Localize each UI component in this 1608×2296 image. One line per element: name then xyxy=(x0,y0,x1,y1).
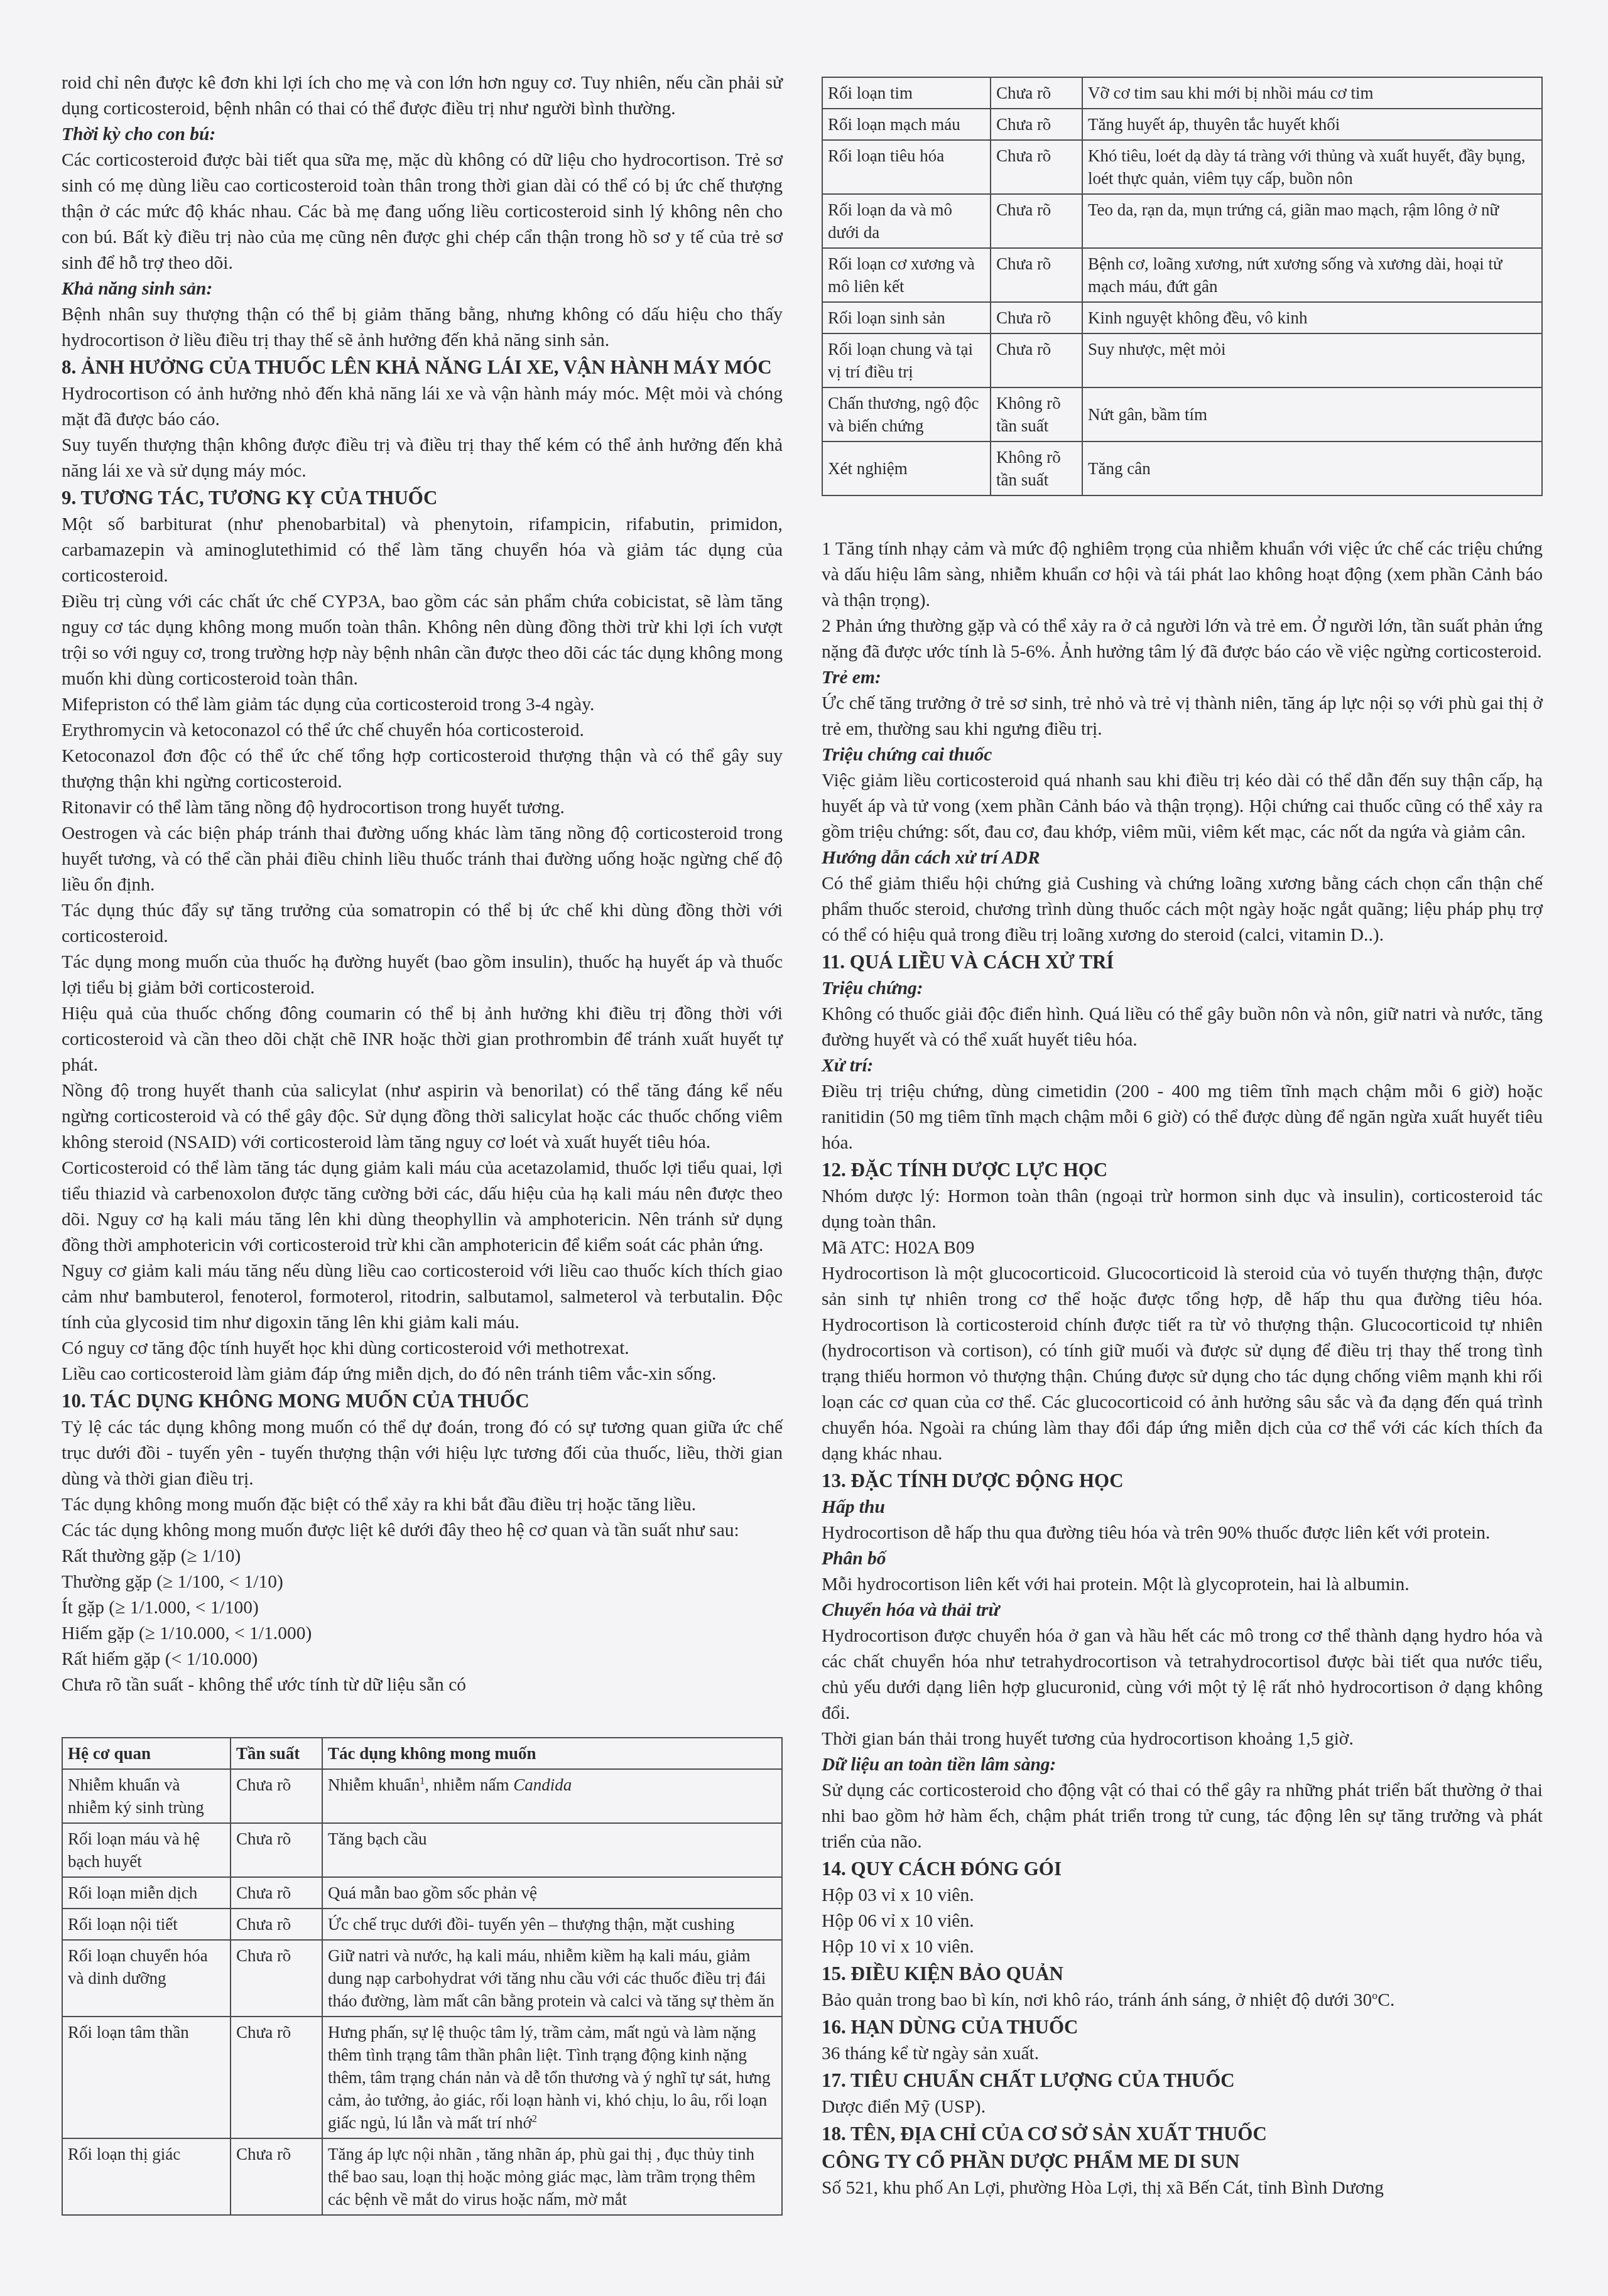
header-organ: Hệ cơ quan xyxy=(62,1738,231,1769)
section-17-title: 17. TIÊU CHUẨN CHẤT LƯỢNG CỦA THUỐC xyxy=(822,2067,1543,2094)
atc-code: Mã ATC: H02A B09 xyxy=(822,1235,1543,1261)
organ-system-cell: Nhiễm khuẩn và nhiễm ký sinh trùng xyxy=(62,1769,231,1823)
organ-system-cell: Rối loạn da và mô dưới da xyxy=(822,194,991,248)
effect-cell: Nứt gân, bầm tím xyxy=(1082,387,1542,441)
organ-system-cell: Rối loạn thị giác xyxy=(62,2138,231,2215)
section-9-body: Một số barbiturat (như phenobarbital) và… xyxy=(62,512,783,1387)
package-item: Hộp 06 vỉ x 10 viên. xyxy=(822,1909,1543,1934)
table-row: Rối loạn tâm thầnChưa rõHưng phấn, sự lệ… xyxy=(62,2017,782,2138)
table-header-row: Hệ cơ quan Tần suất Tác dụng không mong … xyxy=(62,1738,782,1769)
frequency-cell: Chưa rõ xyxy=(991,194,1082,248)
table-row: Rối loạn chung và tại vị trí điều trịChư… xyxy=(822,333,1542,387)
manufacturer-address: Số 521, khu phố An Lợi, phường Hòa Lợi, … xyxy=(822,2175,1543,2201)
section-9-title: 9. TƯƠNG TÁC, TƯƠNG KỴ CỦA THUỐC xyxy=(62,484,783,512)
section-13-title: 13. ĐẶC TÍNH DƯỢC ĐỘNG HỌC xyxy=(822,1467,1543,1495)
distribution-text: Mỗi hydrocortison liên kết với hai prote… xyxy=(822,1572,1543,1598)
effect-cell: Ức chế trục dưới đồi- tuyến yên – thượng… xyxy=(322,1909,782,1940)
frequency-cell: Chưa rõ xyxy=(991,140,1082,194)
interaction-paragraph: Có nguy cơ tăng độc tính huyết học khi d… xyxy=(62,1336,783,1362)
frequency-cell: Chưa rõ xyxy=(991,302,1082,333)
breastfeeding-text: Các corticosteroid được bài tiết qua sữa… xyxy=(62,148,783,276)
frequency-item: Rất hiếm gặp (< 1/10.000) xyxy=(62,1647,783,1672)
table-row: Rối loạn miễn dịchChưa rõQuá mẫn bao gồm… xyxy=(62,1877,782,1909)
frequency-list: Rất thường gặp (≥ 1/10)Thường gặp (≥ 1/1… xyxy=(62,1544,783,1698)
effect-cell: Kinh nguyệt không đều, vô kinh xyxy=(1082,302,1542,333)
withdrawal-text: Việc giảm liều corticosteroid quá nhanh … xyxy=(822,768,1543,845)
frequency-cell: Chưa rõ xyxy=(991,77,1082,109)
quality-standard-text: Dược điển Mỹ (USP). xyxy=(822,2094,1543,2120)
organ-system-cell: Rối loạn tiêu hóa xyxy=(822,140,991,194)
frequency-item: Thường gặp (≥ 1/100, < 1/10) xyxy=(62,1569,783,1595)
children-title: Trẻ em: xyxy=(822,665,1543,691)
table-row: Rối loạn máu và hệ bạch huyếtChưa rõTăng… xyxy=(62,1823,782,1877)
section-18-title: 18. TÊN, ĐỊA CHỈ CỦA CƠ SỞ SẢN XUẤT THUỐ… xyxy=(822,2120,1543,2148)
overdose-treatment-title: Xử trí: xyxy=(822,1053,1543,1079)
header-frequency: Tần suất xyxy=(231,1738,322,1769)
children-text: Ức chế tăng trưởng ở trẻ sơ sinh, trẻ nh… xyxy=(822,691,1543,742)
footnote-1: 1 Tăng tính nhạy cảm và mức độ nghiêm tr… xyxy=(822,536,1543,614)
overdose-symptoms-title: Triệu chứng: xyxy=(822,976,1543,1002)
metabolism-text: Hydrocortison được chuyển hóa ở gan và h… xyxy=(822,1623,1543,1726)
frequency-cell: Chưa rõ xyxy=(231,1940,322,2017)
pharmacodynamics-text: Hydrocortison là một glucocorticoid. Glu… xyxy=(822,1261,1543,1467)
effect-cell: Tăng áp lực nội nhãn , tăng nhãn áp, phù… xyxy=(322,2138,782,2215)
section-8-title: 8. ẢNH HƯỞNG CỦA THUỐC LÊN KHẢ NĂNG LÁI … xyxy=(62,354,783,381)
metabolism-title: Chuyển hóa và thải trừ xyxy=(822,1598,1543,1623)
package-item: Hộp 10 vỉ x 10 viên. xyxy=(822,1934,1543,1960)
interaction-paragraph: Hiệu quả của thuốc chống đông coumarin c… xyxy=(62,1001,783,1078)
table-row: Xét nghiệmKhông rõ tần suấtTăng cân xyxy=(822,441,1542,495)
section-14-title: 14. QUY CÁCH ĐÓNG GÓI xyxy=(822,1855,1543,1883)
absorption-title: Hấp thu xyxy=(822,1495,1543,1520)
section-16-title: 16. HẠN DÙNG CỦA THUỐC xyxy=(822,2013,1543,2041)
effect-cell: Vỡ cơ tim sau khi mới bị nhồi máu cơ tim xyxy=(1082,77,1542,109)
effect-cell: Nhiễm khuẩn1, nhiễm nấm Candida xyxy=(322,1769,782,1823)
effect-cell: Quá mẫn bao gồm sốc phản vệ xyxy=(322,1877,782,1909)
package-item: Hộp 03 vỉ x 10 viên. xyxy=(822,1883,1543,1909)
table-row: Rối loạn sinh sảnChưa rõKinh nguyệt khôn… xyxy=(822,302,1542,333)
frequency-cell: Chưa rõ xyxy=(991,248,1082,302)
left-column: roid chỉ nên được kê đơn khi lợi ích cho… xyxy=(62,70,783,2216)
section-11-title: 11. QUÁ LIỀU VÀ CÁCH XỬ TRÍ xyxy=(822,948,1543,976)
effect-cell: Hưng phấn, sự lệ thuộc tâm lý, trầm cảm,… xyxy=(322,2017,782,2138)
adverse-effects-table-continued: Rối loạn timChưa rõVỡ cơ tim sau khi mới… xyxy=(822,77,1543,496)
storage-text: Bảo quản trong bao bì kín, nơi khô ráo, … xyxy=(822,1988,1543,2013)
organ-system-cell: Rối loạn miễn dịch xyxy=(62,1877,231,1909)
frequency-cell: Chưa rõ xyxy=(231,2017,322,2138)
pharmacologic-group: Nhóm dược lý: Hormon toàn thân (ngoại tr… xyxy=(822,1184,1543,1235)
half-life-text: Thời gian bán thải trong huyết tương của… xyxy=(822,1726,1543,1752)
organ-system-cell: Xét nghiệm xyxy=(822,441,991,495)
frequency-cell: Không rõ tần suất xyxy=(991,387,1082,441)
table-row: Chấn thương, ngộ độc và biến chứngKhông … xyxy=(822,387,1542,441)
interaction-paragraph: Tác dụng mong muốn của thuốc hạ đường hu… xyxy=(62,950,783,1001)
effect-cell: Teo da, rạn da, mụn trứng cá, giãn mao m… xyxy=(1082,194,1542,248)
preclinical-title: Dữ liệu an toàn tiền lâm sàng: xyxy=(822,1752,1543,1778)
frequency-cell: Chưa rõ xyxy=(231,1823,322,1877)
section-15-title: 15. ĐIỀU KIỆN BẢO QUẢN xyxy=(822,1960,1543,1988)
table-row: Rối loạn thị giácChưa rõTăng áp lực nội … xyxy=(62,2138,782,2215)
section-8-para: Hydrocortison có ảnh hưởng nhỏ đến khả n… xyxy=(62,381,783,433)
frequency-cell: Chưa rõ xyxy=(231,1909,322,1940)
frequency-cell: Chưa rõ xyxy=(991,333,1082,387)
effect-cell: Tăng huyết áp, thuyên tắc huyết khối xyxy=(1082,109,1542,140)
interaction-paragraph: Một số barbiturat (như phenobarbital) và… xyxy=(62,512,783,589)
breastfeeding-title: Thời kỳ cho con bú: xyxy=(62,122,783,148)
organ-system-cell: Rối loạn cơ xương và mô liên kết xyxy=(822,248,991,302)
preclinical-text: Sử dụng các corticosteroid cho động vật … xyxy=(822,1778,1543,1855)
interaction-paragraph: Liều cao corticosteroid làm giảm đáp ứng… xyxy=(62,1362,783,1387)
interaction-paragraph: Corticosteroid có thể làm tăng tác dụng … xyxy=(62,1156,783,1259)
footnote-2: 2 Phản ứng thường gặp và có thể xảy ra ở… xyxy=(822,614,1543,665)
frequency-item: Chưa rõ tần suất - không thể ước tính từ… xyxy=(62,1672,783,1698)
overdose-symptoms: Không có thuốc giải độc điển hình. Quá l… xyxy=(822,1002,1543,1053)
section-10-body: Tỷ lệ các tác dụng không mong muốn có th… xyxy=(62,1415,783,1544)
interaction-paragraph: Ritonavir có thể làm tăng nồng độ hydroc… xyxy=(62,795,783,821)
shelf-life-text: 36 tháng kể từ ngày sản xuất. xyxy=(822,2041,1543,2067)
pregnancy-tail: roid chỉ nên được kê đơn khi lợi ích cho… xyxy=(62,70,783,122)
interaction-paragraph: Nguy cơ giảm kali máu tăng nếu dùng liều… xyxy=(62,1259,783,1336)
organ-system-cell: Rối loạn chung và tại vị trí điều trị xyxy=(822,333,991,387)
adr-text: Có thể giảm thiểu hội chứng giả Cushing … xyxy=(822,871,1543,948)
organ-system-cell: Rối loạn mạch máu xyxy=(822,109,991,140)
section-12-title: 12. ĐẶC TÍNH DƯỢC LỰC HỌC xyxy=(822,1156,1543,1184)
table-row: Rối loạn mạch máuChưa rõTăng huyết áp, t… xyxy=(822,109,1542,140)
section-8-para: Suy tuyến thượng thận không được điều tr… xyxy=(62,433,783,484)
table-row: Rối loạn nội tiếtChưa rõỨc chế trục dưới… xyxy=(62,1909,782,1940)
frequency-cell: Không rõ tần suất xyxy=(991,441,1082,495)
adverse-intro-paragraph: Tác dụng không mong muốn đặc biệt có thể… xyxy=(62,1492,783,1518)
effect-cell: Suy nhược, mệt mỏi xyxy=(1082,333,1542,387)
fertility-text: Bệnh nhân suy thượng thận có thể bị giảm… xyxy=(62,302,783,354)
organ-system-cell: Rối loạn sinh sản xyxy=(822,302,991,333)
frequency-cell: Chưa rõ xyxy=(231,1877,322,1909)
effect-cell: Tăng cân xyxy=(1082,441,1542,495)
adverse-intro-paragraph: Các tác dụng không mong muốn được liệt k… xyxy=(62,1518,783,1544)
interaction-paragraph: Tác dụng thúc đẩy sự tăng trưởng của som… xyxy=(62,898,783,950)
effect-cell: Tăng bạch cầu xyxy=(322,1823,782,1877)
table-row: Nhiễm khuẩn và nhiễm ký sinh trùngChưa r… xyxy=(62,1769,782,1823)
right-column: Rối loạn timChưa rõVỡ cơ tim sau khi mới… xyxy=(822,77,1543,2201)
table-row: Rối loạn da và mô dưới daChưa rõTeo da, … xyxy=(822,194,1542,248)
organ-system-cell: Rối loạn tâm thần xyxy=(62,2017,231,2138)
distribution-title: Phân bố xyxy=(822,1546,1543,1572)
interaction-paragraph: Mifepriston có thể làm giảm tác dụng của… xyxy=(62,692,783,718)
organ-system-cell: Rối loạn chuyển hóa và dinh dưỡng xyxy=(62,1940,231,2017)
table-row: Rối loạn chuyển hóa và dinh dưỡngChưa rõ… xyxy=(62,1940,782,2017)
effect-cell: Khó tiêu, loét dạ dày tá tràng với thủng… xyxy=(1082,140,1542,194)
footnotes: 1 Tăng tính nhạy cảm và mức độ nghiêm tr… xyxy=(822,536,1543,665)
table-row: Rối loạn tiêu hóaChưa rõKhó tiêu, loét d… xyxy=(822,140,1542,194)
footnote-ref: 2 xyxy=(532,2113,537,2125)
adverse-intro-paragraph: Tỷ lệ các tác dụng không mong muốn có th… xyxy=(62,1415,783,1492)
section-10-title: 10. TÁC DỤNG KHÔNG MONG MUỐN CỦA THUỐC xyxy=(62,1387,783,1415)
adverse-effects-table: Hệ cơ quan Tần suất Tác dụng không mong … xyxy=(62,1737,783,2216)
organ-system-cell: Rối loạn tim xyxy=(822,77,991,109)
frequency-item: Hiếm gặp (≥ 1/10.000, < 1/1.000) xyxy=(62,1621,783,1647)
frequency-cell: Chưa rõ xyxy=(231,2138,322,2215)
absorption-text: Hydrocortison dễ hấp thu qua đường tiêu … xyxy=(822,1520,1543,1546)
interaction-paragraph: Nồng độ trong huyết thanh của salicylat … xyxy=(62,1078,783,1156)
frequency-cell: Chưa rõ xyxy=(991,109,1082,140)
organ-system-cell: Rối loạn nội tiết xyxy=(62,1909,231,1940)
interaction-paragraph: Điều trị cùng với các chất ức chế CYP3A,… xyxy=(62,589,783,692)
table-row: Rối loạn timChưa rõVỡ cơ tim sau khi mới… xyxy=(822,77,1542,109)
interaction-paragraph: Ketoconazol đơn độc có thể ức chế tổng h… xyxy=(62,744,783,795)
manufacturer-name: CÔNG TY CỔ PHẦN DƯỢC PHẨM ME DI SUN xyxy=(822,2148,1543,2175)
withdrawal-title: Triệu chứng cai thuốc xyxy=(822,742,1543,768)
organ-system-cell: Chấn thương, ngộ độc và biến chứng xyxy=(822,387,991,441)
overdose-treatment: Điều trị triệu chứng, dùng cimetidin (20… xyxy=(822,1079,1543,1156)
interaction-paragraph: Erythromycin và ketoconazol có thể ức ch… xyxy=(62,718,783,744)
frequency-cell: Chưa rõ xyxy=(231,1769,322,1823)
effect-cell: Bệnh cơ, loãng xương, nứt xương sống và … xyxy=(1082,248,1542,302)
organ-system-cell: Rối loạn máu và hệ bạch huyết xyxy=(62,1823,231,1877)
frequency-item: Ít gặp (≥ 1/1.000, < 1/100) xyxy=(62,1595,783,1621)
header-effect: Tác dụng không mong muốn xyxy=(322,1738,782,1769)
table-row: Rối loạn cơ xương và mô liên kếtChưa rõB… xyxy=(822,248,1542,302)
fertility-title: Khả năng sinh sản: xyxy=(62,276,783,302)
effect-cell: Giữ natri và nước, hạ kali máu, nhiễm ki… xyxy=(322,1940,782,2017)
interaction-paragraph: Oestrogen và các biện pháp tránh thai đư… xyxy=(62,821,783,898)
adr-title: Hướng dẫn cách xử trí ADR xyxy=(822,845,1543,871)
frequency-item: Rất thường gặp (≥ 1/10) xyxy=(62,1544,783,1569)
